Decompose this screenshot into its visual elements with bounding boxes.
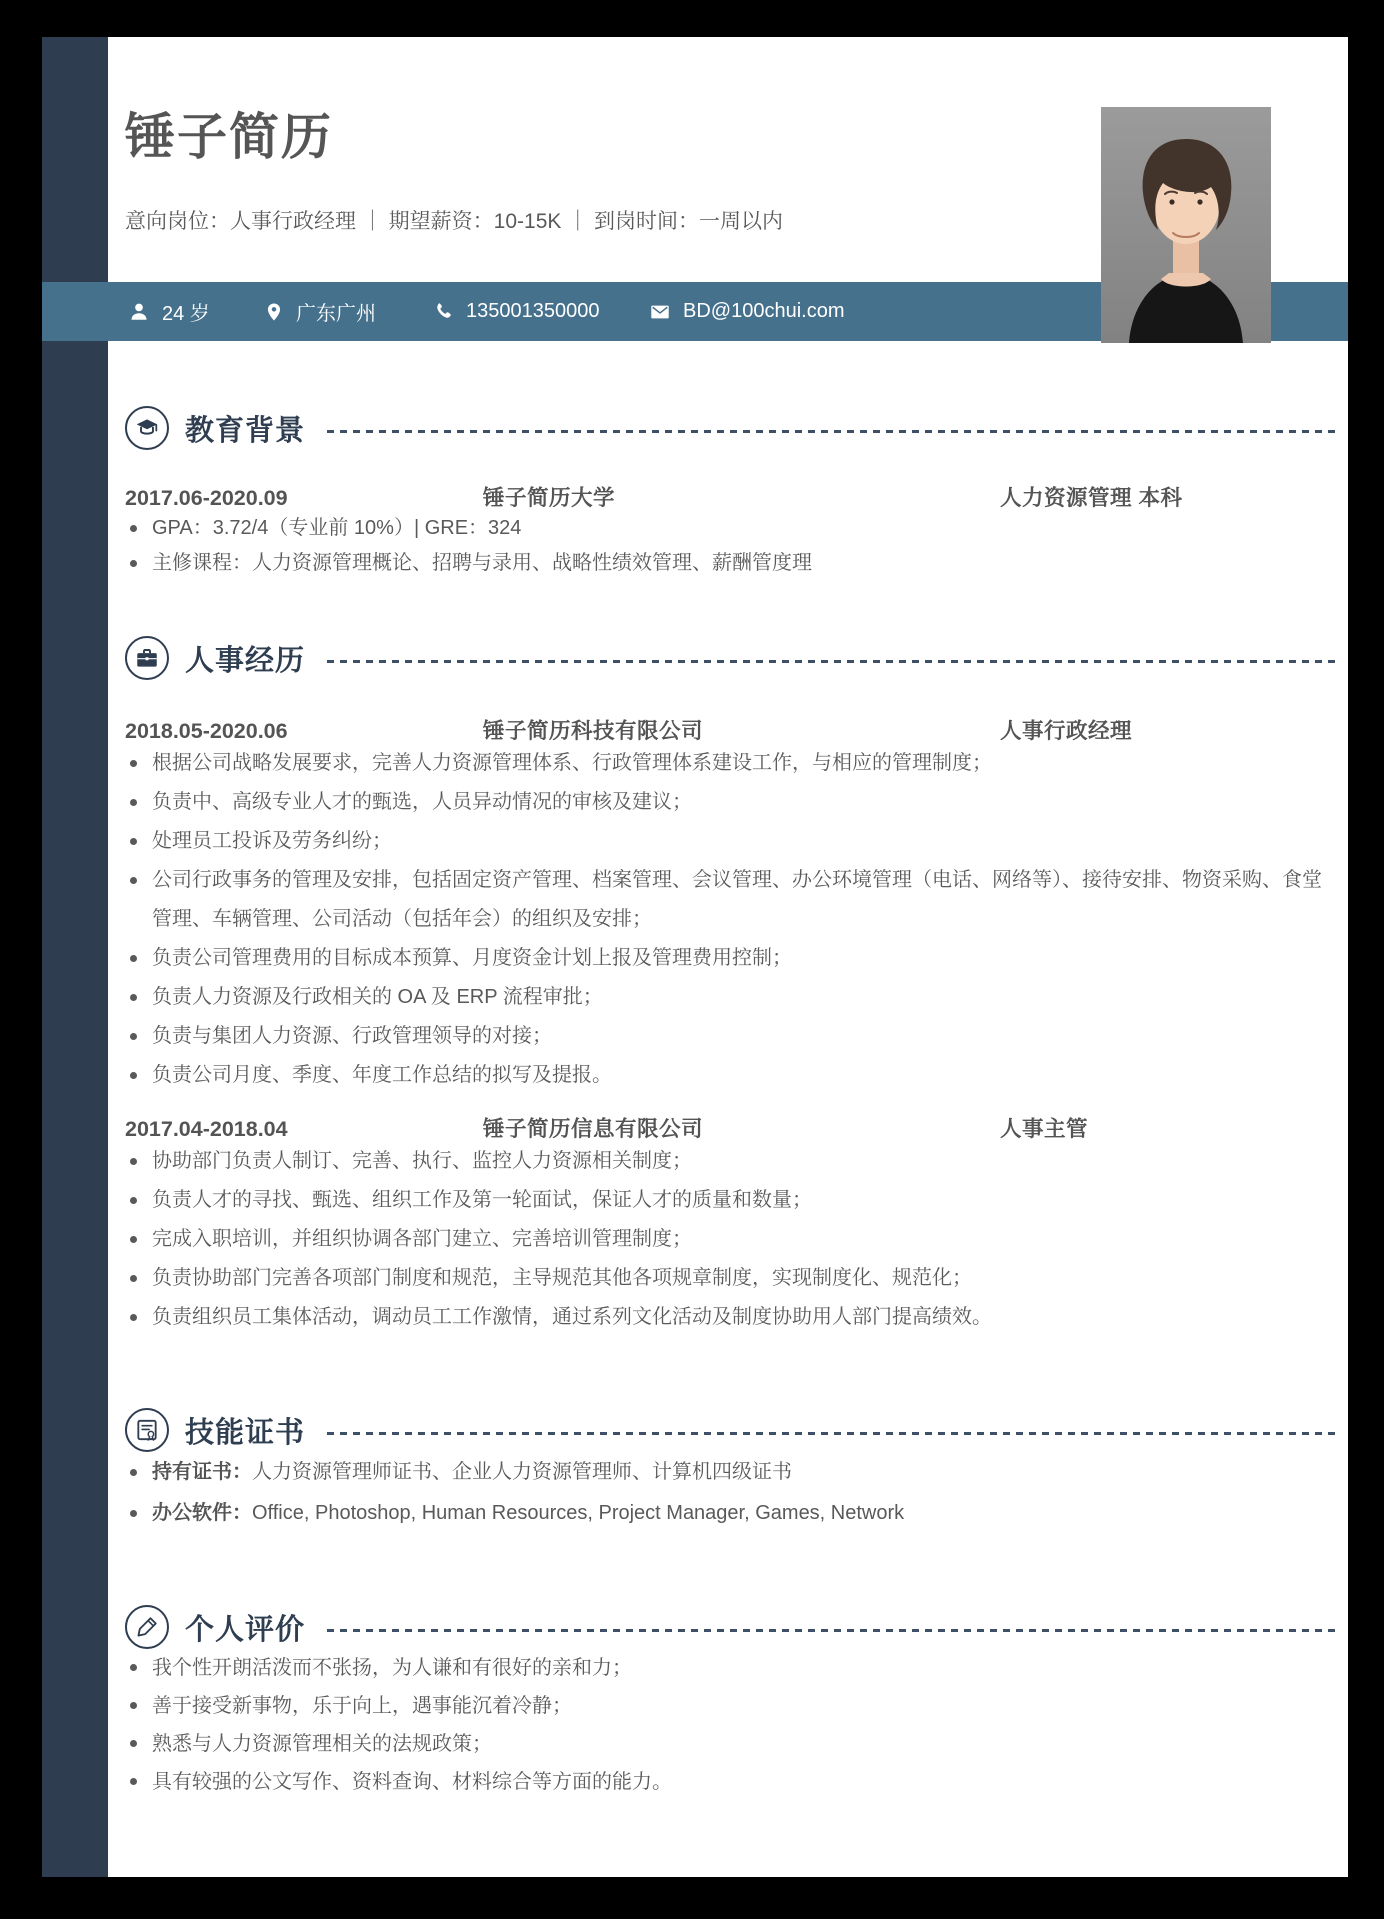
section-title: 人事经历 bbox=[185, 638, 305, 679]
contact-age: 24 岁 bbox=[128, 282, 210, 341]
bullet-item: GPA：3.72/4（专业前 10%）| GRE：324 bbox=[125, 511, 1340, 546]
entry-degree: 人力资源管理 本科 bbox=[1000, 485, 1340, 511]
bullet-item: 负责人才的寻找、甄选、组织工作及第一轮面试，保证人才的质量和数量； bbox=[125, 1181, 1340, 1220]
entry-date: 2018.05-2020.06 bbox=[125, 718, 483, 744]
graduation-cap-icon bbox=[125, 406, 169, 450]
certificate-icon bbox=[125, 1408, 169, 1452]
bullet-label: 持有证书： bbox=[152, 1461, 252, 1483]
section-header: 技能证书 bbox=[125, 1408, 1340, 1452]
contact-phone: 135001350000 bbox=[433, 282, 599, 341]
bullet-list: 根据公司战略发展要求，完善人力资源管理体系、行政管理体系建设工作，与相应的管理制… bbox=[125, 744, 1340, 1095]
phone-icon bbox=[433, 301, 454, 322]
bullet-list: 持有证书：人力资源管理师证书、企业人力资源管理师、计算机四级证书 办公软件：Of… bbox=[125, 1452, 1340, 1534]
entry-title: 人事主管 bbox=[1000, 1116, 1340, 1142]
section-title: 技能证书 bbox=[185, 1410, 305, 1451]
entry-date: 2017.04-2018.04 bbox=[125, 1116, 483, 1142]
contact-email-text: BD@100chui.com bbox=[683, 300, 844, 323]
entry-school: 锤子简历大学 bbox=[483, 485, 1000, 511]
bullet-text: 人力资源管理师证书、企业人力资源管理师、计算机四级证书 bbox=[252, 1461, 792, 1483]
bullet-item: 持有证书：人力资源管理师证书、企业人力资源管理师、计算机四级证书 bbox=[125, 1452, 1340, 1493]
person-icon bbox=[128, 301, 150, 323]
contact-age-text: 24 岁 bbox=[162, 297, 210, 326]
resume-page: 锤子简历 意向岗位：人事行政经理 ｜ 期望薪资：10-15K ｜ 到岗时间：一周… bbox=[42, 37, 1348, 1877]
bullet-item: 我个性开朗活泼而不张扬，为人谦和有很好的亲和力； bbox=[125, 1649, 1340, 1687]
section-header: 教育背景 bbox=[125, 406, 1340, 450]
bullet-item: 负责公司管理费用的目标成本预算、月度资金计划上报及管理费用控制； bbox=[125, 939, 1340, 978]
bullet-list: 协助部门负责人制订、完善、执行、监控人力资源相关制度； 负责人才的寻找、甄选、组… bbox=[125, 1142, 1340, 1337]
bullet-item: 协助部门负责人制订、完善、执行、监控人力资源相关制度； bbox=[125, 1142, 1340, 1181]
section-title: 教育背景 bbox=[185, 408, 305, 449]
bullet-item: 善于接受新事物，乐于向上，遇事能沉着冷静； bbox=[125, 1687, 1340, 1725]
section-divider bbox=[327, 1432, 1340, 1435]
entry-row: 2018.05-2020.06 锤子简历科技有限公司 人事行政经理 bbox=[125, 718, 1340, 744]
bullet-item: 处理员工投诉及劳务纠纷； bbox=[125, 822, 1340, 861]
entry-company: 锤子简历信息有限公司 bbox=[483, 1116, 1000, 1142]
section-divider bbox=[327, 660, 1340, 663]
bullet-label: 办公软件： bbox=[152, 1502, 252, 1524]
section-header: 人事经历 bbox=[125, 636, 1340, 680]
bullet-item: 负责中、高级专业人才的甄选，人员异动情况的审核及建议； bbox=[125, 783, 1340, 822]
bullet-list: 我个性开朗活泼而不张扬，为人谦和有很好的亲和力； 善于接受新事物，乐于向上，遇事… bbox=[125, 1649, 1340, 1801]
briefcase-icon bbox=[125, 636, 169, 680]
section-education: 教育背景 2017.06-2020.09 锤子简历大学 人力资源管理 本科 GP… bbox=[125, 406, 1340, 581]
bullet-text: Office, Photoshop, Human Resources, Proj… bbox=[252, 1502, 904, 1524]
bullet-item: 主修课程：人力资源管理概论、招聘与录用、战略性绩效管理、薪酬管度理 bbox=[125, 546, 1340, 581]
entry-row: 2017.06-2020.09 锤子简历大学 人力资源管理 本科 bbox=[125, 485, 1340, 511]
bullet-item: 负责人力资源及行政相关的 OA 及 ERP 流程审批； bbox=[125, 978, 1340, 1017]
section-skills: 技能证书 持有证书：人力资源管理师证书、企业人力资源管理师、计算机四级证书 办公… bbox=[125, 1408, 1340, 1534]
bullet-item: 负责公司月度、季度、年度工作总结的拟写及提报。 bbox=[125, 1056, 1340, 1095]
section-evaluation: 个人评价 我个性开朗活泼而不张扬，为人谦和有很好的亲和力； 善于接受新事物，乐于… bbox=[125, 1605, 1340, 1801]
bullet-item: 办公软件：Office, Photoshop, Human Resources,… bbox=[125, 1493, 1340, 1534]
bullet-item: 负责与集团人力资源、行政管理领导的对接； bbox=[125, 1017, 1340, 1056]
section-experience: 人事经历 2018.05-2020.06 锤子简历科技有限公司 人事行政经理 根… bbox=[125, 636, 1340, 1337]
page-title: 锤子简历 bbox=[125, 107, 333, 167]
bullet-item: 负责组织员工集体活动，调动员工工作激情，通过系列文化活动及制度协助用人部门提高绩… bbox=[125, 1298, 1340, 1337]
section-header: 个人评价 bbox=[125, 1605, 1340, 1649]
entry-date: 2017.06-2020.09 bbox=[125, 485, 483, 511]
contact-location: 广东广州 bbox=[264, 282, 376, 341]
section-title: 个人评价 bbox=[185, 1607, 305, 1648]
bullet-list: GPA：3.72/4（专业前 10%）| GRE：324 主修课程：人力资源管理… bbox=[125, 511, 1340, 581]
location-pin-icon bbox=[264, 301, 284, 323]
entry-row: 2017.04-2018.04 锤子简历信息有限公司 人事主管 bbox=[125, 1116, 1340, 1142]
bullet-item: 负责协助部门完善各项部门制度和规范，主导规范其他各项规章制度，实现制度化、规范化… bbox=[125, 1259, 1340, 1298]
section-divider bbox=[327, 430, 1340, 433]
bullet-item: 公司行政事务的管理及安排，包括固定资产管理、档案管理、会议管理、办公环境管理（电… bbox=[125, 861, 1340, 939]
bullet-item: 具有较强的公文写作、资料查询、材料综合等方面的能力。 bbox=[125, 1763, 1340, 1801]
pencil-icon bbox=[125, 1605, 169, 1649]
bullet-item: 根据公司战略发展要求，完善人力资源管理体系、行政管理体系建设工作，与相应的管理制… bbox=[125, 744, 1340, 783]
envelope-icon bbox=[649, 301, 671, 323]
contact-phone-text: 135001350000 bbox=[466, 300, 599, 323]
bullet-item: 完成入职培训，并组织协调各部门建立、完善培训管理制度； bbox=[125, 1220, 1340, 1259]
entry-title: 人事行政经理 bbox=[1000, 718, 1340, 744]
bullet-item: 熟悉与人力资源管理相关的法规政策； bbox=[125, 1725, 1340, 1763]
section-divider bbox=[327, 1629, 1340, 1632]
profile-photo bbox=[1101, 107, 1271, 343]
contact-location-text: 广东广州 bbox=[296, 297, 376, 326]
intention-line: 意向岗位：人事行政经理 ｜ 期望薪资：10-15K ｜ 到岗时间：一周以内 bbox=[125, 207, 783, 237]
entry-company: 锤子简历科技有限公司 bbox=[483, 718, 1000, 744]
contact-email: BD@100chui.com bbox=[649, 282, 844, 341]
